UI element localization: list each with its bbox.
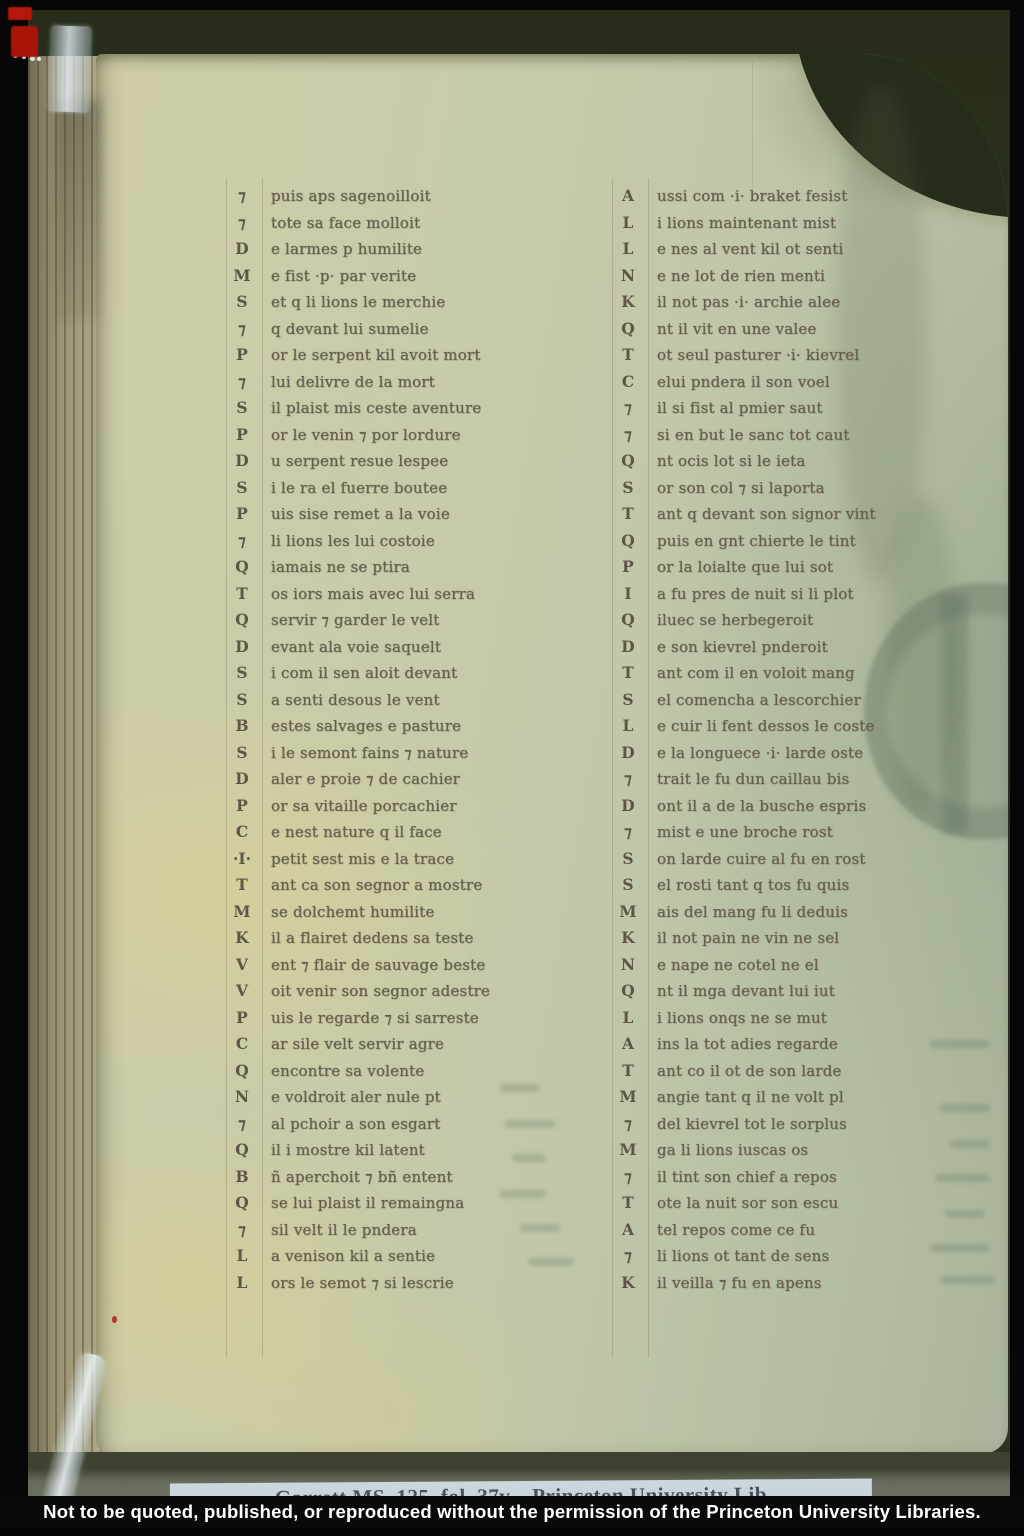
verse-text: oit venir son segnor adestre <box>271 982 490 1000</box>
verse-line: ⁊del kievrel tot le sorplus <box>614 1114 876 1141</box>
verse-initial: S <box>228 690 256 709</box>
verse-line: Set q li lions le merchie <box>228 292 490 319</box>
verse-text: or son col ⁊ si laporta <box>657 479 825 497</box>
verse-text: ent ⁊ flair de sauvage beste <box>271 956 485 974</box>
verse-line: Ne nape ne cotel ne el <box>614 955 876 982</box>
verse-initial: ⁊ <box>614 398 642 417</box>
verse-line: Qnt il vit en une valee <box>614 319 876 346</box>
verse-line: Sel comencha a lescorchier <box>614 690 876 717</box>
verse-text: q devant lui sumelie <box>271 320 429 338</box>
verse-initial: I <box>614 584 642 603</box>
verse-text: li lions les lui costoie <box>271 532 435 550</box>
verse-line: Li lions onqs ne se mut <box>614 1008 876 1035</box>
verse-line: De son kievrel pnderoit <box>614 637 876 664</box>
red-speck <box>112 1316 117 1323</box>
ghost-text-mark <box>945 1210 985 1218</box>
verse-line: Si le semont fains ⁊ nature <box>228 743 490 770</box>
verse-line: ⁊trait le fu dun caillau bis <box>614 769 876 796</box>
verse-text: ant ca son segnor a mostre <box>271 876 482 894</box>
verse-text: il plaist mis ceste aventure <box>271 399 481 417</box>
verse-line: Tant ca son segnor a mostre <box>228 875 490 902</box>
verse-text: iluec se herbegeroit <box>657 611 813 629</box>
verse-line: Qservir ⁊ garder le velt <box>228 610 490 637</box>
verse-text: nt ocis lot si le ieta <box>657 452 806 470</box>
verse-line: Puis sise remet a la voie <box>228 504 490 531</box>
verse-line: Kil not pain ne vin ne sel <box>614 928 876 955</box>
verse-text: ote la nuit sor son escu <box>657 1194 838 1212</box>
verse-text: e la longuece ·i· larde oste <box>657 744 863 762</box>
verse-text: il tint son chief a repos <box>657 1168 837 1186</box>
circular-stain <box>864 582 1008 840</box>
verse-initial: M <box>614 1140 642 1159</box>
verse-initial: Q <box>614 451 642 470</box>
ghost-text-mark <box>512 1154 546 1162</box>
ghost-text-mark <box>500 1190 546 1198</box>
verse-initial: T <box>614 1193 642 1212</box>
verse-line: Car sile velt servir agre <box>228 1034 490 1061</box>
verse-text: e larmes p humilite <box>271 240 422 258</box>
verse-initial: T <box>614 504 642 523</box>
verse-initial: S <box>228 292 256 311</box>
verse-initial: ⁊ <box>228 372 256 391</box>
ghost-text-mark <box>528 1258 574 1266</box>
verse-text: sil velt il le pndera <box>271 1221 417 1239</box>
verse-initial: Q <box>228 557 256 576</box>
verse-line: ⁊li lions ot tant de sens <box>614 1246 876 1273</box>
verse-initial: K <box>614 1273 642 1292</box>
verse-text: el comencha a lescorchier <box>657 691 861 709</box>
verse-line: ⁊q devant lui sumelie <box>228 319 490 346</box>
verse-initial: ⁊ <box>614 769 642 788</box>
verse-initial: S <box>614 875 642 894</box>
verse-initial: T <box>228 875 256 894</box>
stain-band <box>942 594 968 834</box>
verse-initial: M <box>614 1087 642 1106</box>
verse-initial: M <box>228 266 256 285</box>
verse-line: Daler e proie ⁊ de cachier <box>228 769 490 796</box>
verse-initial: T <box>614 1061 642 1080</box>
crease-line <box>752 60 753 190</box>
verse-line: Sil plaist mis ceste aventure <box>228 398 490 425</box>
verse-text: il i mostre kil latent <box>271 1141 425 1159</box>
verse-line: Qencontre sa volente <box>228 1061 490 1088</box>
verse-text: puis en gnt chierte le tint <box>657 532 856 550</box>
verse-initial: P <box>614 557 642 576</box>
verse-initial: Q <box>614 981 642 1000</box>
verse-line: Por le serpent kil avoit mort <box>228 345 490 372</box>
text-column-left: ⁊puis aps sagenoilloit⁊tote sa face moll… <box>228 186 490 1299</box>
verse-initial: Q <box>228 1061 256 1080</box>
verse-text: e nest nature q il face <box>271 823 442 841</box>
red-film-mark <box>11 26 38 57</box>
verse-line: Le nes al vent kil ot senti <box>614 239 876 266</box>
verse-initial: S <box>228 478 256 497</box>
verse-text: il si fist al pmier saut <box>657 399 823 417</box>
verse-line: ⁊puis aps sagenoilloit <box>228 186 490 213</box>
verse-initial: D <box>228 239 256 258</box>
ghost-text-mark <box>940 1104 990 1112</box>
verse-text: ga li lions iuscas os <box>657 1141 808 1159</box>
verse-text: ot seul pasturer ·i· kievrel <box>657 346 859 364</box>
verse-text: e ne lot de rien menti <box>657 267 825 285</box>
verse-text: estes salvages e pasture <box>271 717 461 735</box>
verse-initial: S <box>228 398 256 417</box>
verse-text: trait le fu dun caillau bis <box>657 770 849 788</box>
verse-text: i lions onqs ne se mut <box>657 1009 827 1027</box>
verse-initial: T <box>228 584 256 603</box>
verse-line: Mse dolchemt humilite <box>228 902 490 929</box>
verse-text: et q li lions le merchie <box>271 293 445 311</box>
verse-line: Kil not pas ·i· archie alee <box>614 292 876 319</box>
verse-line: ⁊il tint son chief a repos <box>614 1167 876 1194</box>
verse-text: il not pas ·i· archie alee <box>657 293 840 311</box>
verse-initial: D <box>614 796 642 815</box>
verse-initial: S <box>614 478 642 497</box>
verse-initial: K <box>614 928 642 947</box>
verse-initial: B <box>228 1167 256 1186</box>
ghost-text-mark <box>930 1040 990 1048</box>
verse-text: os iors mais avec lui serra <box>271 585 475 603</box>
verse-initial: L <box>614 239 642 258</box>
verse-initial: P <box>228 1008 256 1027</box>
verse-line: Qnt il mga devant lui iut <box>614 981 876 1008</box>
verse-line: Kil a flairet dedens sa teste <box>228 928 490 955</box>
page-holder-clip-top <box>49 25 92 112</box>
verse-text: ins la tot adies regarde <box>657 1035 838 1053</box>
verse-text: e son kievrel pnderoit <box>657 638 828 656</box>
verse-line: Tos iors mais avec lui serra <box>228 584 490 611</box>
verse-line: Bestes salvages e pasture <box>228 716 490 743</box>
verse-text: ñ aperchoit ⁊ bñ entent <box>271 1168 453 1186</box>
verse-line: Dont il a de la busche espris <box>614 796 876 823</box>
verse-line: Tant co il ot de son larde <box>614 1061 876 1088</box>
verse-line: ·I·petit sest mis e la trace <box>228 849 490 876</box>
verse-initial: ⁊ <box>228 213 256 232</box>
verse-text: ont il a de la busche espris <box>657 797 866 815</box>
verse-text: or le venin ⁊ por lordure <box>271 426 461 444</box>
verse-text: ar sile velt servir agre <box>271 1035 444 1053</box>
verse-text: il a flairet dedens sa teste <box>271 929 474 947</box>
ruling-line <box>612 178 613 1358</box>
ghost-text-mark <box>930 1244 990 1252</box>
verse-initial: Q <box>614 531 642 550</box>
verse-text: aler e proie ⁊ de cachier <box>271 770 460 788</box>
verse-initial: D <box>228 637 256 656</box>
verse-initial: P <box>228 796 256 815</box>
verse-line: Mais del mang fu li deduis <box>614 902 876 929</box>
ghost-text-mark <box>500 1084 540 1092</box>
verse-initial: S <box>614 849 642 868</box>
verse-text: e cuir li fent dessos le coste <box>657 717 875 735</box>
verse-text: al pchoir a son esgart <box>271 1115 441 1133</box>
verse-line: Sa senti desous le vent <box>228 690 490 717</box>
verse-text: ant co il ot de son larde <box>657 1062 842 1080</box>
verse-initial: Q <box>228 1140 256 1159</box>
clip-shadow <box>54 100 100 320</box>
frame-border-bottom <box>0 1528 1024 1536</box>
ruling-line <box>226 178 227 1358</box>
verse-line: Sor son col ⁊ si laporta <box>614 478 876 505</box>
verse-line: Ains la tot adies regarde <box>614 1034 876 1061</box>
verse-initial: ⁊ <box>228 1220 256 1239</box>
verse-text: e fist ·p· par verite <box>271 267 416 285</box>
verse-initial: K <box>614 292 642 311</box>
verse-line: Li lions maintenant mist <box>614 213 876 240</box>
verse-line: Mga li lions iuscas os <box>614 1140 876 1167</box>
verse-line: Por le venin ⁊ por lordure <box>228 425 490 452</box>
copyright-caption-bar: Not to be quoted, published, or reproduc… <box>0 1496 1024 1528</box>
verse-initial: T <box>614 345 642 364</box>
verse-line: De larmes p humilite <box>228 239 490 266</box>
verse-initial: B <box>228 716 256 735</box>
verse-text: or le serpent kil avoit mort <box>271 346 481 364</box>
verse-initial: P <box>228 504 256 523</box>
verse-text: a senti desous le vent <box>271 691 440 709</box>
verse-line: Kil veilla ⁊ fu en apens <box>614 1273 876 1300</box>
verse-line: Mangie tant q il ne volt pl <box>614 1087 876 1114</box>
verse-text: li lions ot tant de sens <box>657 1247 829 1265</box>
verse-text: il not pain ne vin ne sel <box>657 929 839 947</box>
verse-line: Ce nest nature q il face <box>228 822 490 849</box>
verse-initial: M <box>228 902 256 921</box>
verse-text: i le ra el fuerre boutee <box>271 479 447 497</box>
verse-initial: N <box>228 1087 256 1106</box>
verse-initial: ⁊ <box>614 1246 642 1265</box>
verse-initial: S <box>614 690 642 709</box>
verse-line: Aussi com ·i· braket fesist <box>614 186 876 213</box>
verse-text: nt il mga devant lui iut <box>657 982 835 1000</box>
copyright-caption-text: Not to be quoted, published, or reproduc… <box>43 1501 981 1523</box>
verse-initial: C <box>228 1034 256 1053</box>
verse-initial: ⁊ <box>228 319 256 338</box>
ghost-text-mark <box>520 1224 560 1232</box>
verse-initial: L <box>228 1273 256 1292</box>
verse-line: Du serpent resue lespee <box>228 451 490 478</box>
verse-line: ⁊il si fist al pmier saut <box>614 398 876 425</box>
verse-line: ⁊tote sa face molloit <box>228 213 490 240</box>
verse-initial: ⁊ <box>614 1167 642 1186</box>
verse-initial: L <box>228 1246 256 1265</box>
verse-initial: D <box>614 637 642 656</box>
verse-line: ⁊lui delivre de la mort <box>228 372 490 399</box>
red-film-mark <box>8 7 32 20</box>
verse-initial: ⁊ <box>228 186 256 205</box>
verse-initial: ⁊ <box>614 822 642 841</box>
verse-line: Atel repos come ce fu <box>614 1220 876 1247</box>
verse-text: on larde cuire al fu en rost <box>657 850 866 868</box>
verse-text: puis aps sagenoilloit <box>271 187 431 205</box>
verse-line: Celui pndera il son voel <box>614 372 876 399</box>
verse-text: ussi com ·i· braket fesist <box>657 187 847 205</box>
text-column-right: Aussi com ·i· braket fesistLi lions main… <box>614 186 876 1299</box>
verse-text: i lions maintenant mist <box>657 214 836 232</box>
verse-line: Vent ⁊ flair de sauvage beste <box>228 955 490 982</box>
verse-text: uis sise remet a la voie <box>271 505 450 523</box>
verse-line: ⁊sil velt il le pndera <box>228 1220 490 1247</box>
ghost-text-mark <box>505 1120 555 1128</box>
verse-text: se dolchemt humilite <box>271 903 435 921</box>
verse-line: Son larde cuire al fu en rost <box>614 849 876 876</box>
verse-line: Voit venir son segnor adestre <box>228 981 490 1008</box>
verse-line: ⁊si en but le sanc tot caut <box>614 425 876 452</box>
manuscript-photograph: ⁊puis aps sagenoilloit⁊tote sa face moll… <box>0 0 1024 1536</box>
verse-line: Tote la nuit sor son escu <box>614 1193 876 1220</box>
verse-initial: V <box>228 981 256 1000</box>
verse-line: Qil i mostre kil latent <box>228 1140 490 1167</box>
ghost-text-mark <box>935 1174 990 1182</box>
verse-initial: C <box>614 372 642 391</box>
verse-text: e nes al vent kil ot senti <box>657 240 844 258</box>
verse-text: evant ala voie saquelt <box>271 638 441 656</box>
verse-initial: S <box>228 663 256 682</box>
verse-line: La venison kil a sentie <box>228 1246 490 1273</box>
verse-initial: ⁊ <box>614 425 642 444</box>
verse-initial: L <box>614 1008 642 1027</box>
verse-line: Qpuis en gnt chierte le tint <box>614 531 876 558</box>
verse-line: Ne voldroit aler nule pt <box>228 1087 490 1114</box>
verse-line: Puis le regarde ⁊ si sarreste <box>228 1008 490 1035</box>
verse-initial: S <box>228 743 256 762</box>
verse-text: or sa vitaille porcachier <box>271 797 457 815</box>
verse-text: e voldroit aler nule pt <box>271 1088 441 1106</box>
verse-line: Devant ala voie saquelt <box>228 637 490 664</box>
verse-initial: D <box>228 769 256 788</box>
verse-text: del kievrel tot le sorplus <box>657 1115 847 1133</box>
verse-text: or la loialte que lui sot <box>657 558 833 576</box>
verse-text: uis le regarde ⁊ si sarreste <box>271 1009 479 1027</box>
verse-line: Sel rosti tant q tos fu quis <box>614 875 876 902</box>
verse-line: Ia fu pres de nuit si li plot <box>614 584 876 611</box>
verse-line: Le cuir li fent dessos le coste <box>614 716 876 743</box>
verse-initial: P <box>228 425 256 444</box>
verse-line: Tant q devant son signor vint <box>614 504 876 531</box>
verse-text: a fu pres de nuit si li plot <box>657 585 854 603</box>
verse-initial: A <box>614 1220 642 1239</box>
verse-text: u serpent resue lespee <box>271 452 448 470</box>
verse-line: Si com il sen aloit devant <box>228 663 490 690</box>
verse-text: nt il vit en une valee <box>657 320 817 338</box>
verse-initial: T <box>614 663 642 682</box>
verse-text: tote sa face molloit <box>271 214 420 232</box>
verse-text: ant com il en voloit mang <box>657 664 855 682</box>
verse-text: a venison kil a sentie <box>271 1247 435 1265</box>
verse-text: lui delivre de la mort <box>271 373 435 391</box>
verse-line: Por la loialte que lui sot <box>614 557 876 584</box>
verse-line: Lors le semot ⁊ si lescrie <box>228 1273 490 1300</box>
verse-initial: A <box>614 186 642 205</box>
verse-text: el rosti tant q tos fu quis <box>657 876 849 894</box>
verse-initial: M <box>614 902 642 921</box>
verse-line: ⁊li lions les lui costoie <box>228 531 490 558</box>
verse-initial: L <box>614 716 642 735</box>
verse-initial: V <box>228 955 256 974</box>
verse-line: ⁊al pchoir a son esgart <box>228 1114 490 1141</box>
verse-initial: L <box>614 213 642 232</box>
verse-text: tel repos come ce fu <box>657 1221 815 1239</box>
ghost-text-mark <box>940 1276 995 1284</box>
verse-text: petit sest mis e la trace <box>271 850 454 868</box>
verse-initial: D <box>614 743 642 762</box>
verse-text: ors le semot ⁊ si lescrie <box>271 1274 454 1292</box>
verse-text: servir ⁊ garder le velt <box>271 611 440 629</box>
verse-initial: D <box>228 451 256 470</box>
verse-text: i le semont fains ⁊ nature <box>271 744 468 762</box>
verse-initial: ·I· <box>228 849 256 868</box>
verse-text: i com il sen aloit devant <box>271 664 457 682</box>
verse-line: Me fist ·p· par verite <box>228 266 490 293</box>
verse-initial: Q <box>614 610 642 629</box>
verse-text: si en but le sanc tot caut <box>657 426 850 444</box>
verse-initial: Q <box>228 1193 256 1212</box>
verse-line: Si le ra el fuerre boutee <box>228 478 490 505</box>
verse-line: Ne ne lot de rien menti <box>614 266 876 293</box>
verse-initial: A <box>614 1034 642 1053</box>
verse-line: Por sa vitaille porcachier <box>228 796 490 823</box>
verse-initial: ⁊ <box>228 1114 256 1133</box>
verse-line: Qnt ocis lot si le ieta <box>614 451 876 478</box>
verse-line: Tant com il en voloit mang <box>614 663 876 690</box>
verse-initial: P <box>228 345 256 364</box>
verse-line: Qiluec se herbegeroit <box>614 610 876 637</box>
verse-text: ant q devant son signor vint <box>657 505 876 523</box>
verse-initial: N <box>614 266 642 285</box>
verse-initial: Q <box>228 610 256 629</box>
verse-line: Bñ aperchoit ⁊ bñ entent <box>228 1167 490 1194</box>
verse-text: il veilla ⁊ fu en apens <box>657 1274 822 1292</box>
verse-initial: K <box>228 928 256 947</box>
verse-initial: C <box>228 822 256 841</box>
verse-text: ais del mang fu li deduis <box>657 903 848 921</box>
verse-initial: ⁊ <box>228 531 256 550</box>
verse-text: elui pndera il son voel <box>657 373 830 391</box>
verse-initial: Q <box>614 319 642 338</box>
verse-initial: N <box>614 955 642 974</box>
verse-text: iamais ne se ptira <box>271 558 410 576</box>
verse-line: Qiamais ne se ptira <box>228 557 490 584</box>
verse-line: Qse lui plaist il remaingna <box>228 1193 490 1220</box>
reflection-speck <box>37 57 41 61</box>
verse-initial: ⁊ <box>614 1114 642 1133</box>
verse-text: se lui plaist il remaingna <box>271 1194 464 1212</box>
verse-line: De la longuece ·i· larde oste <box>614 743 876 770</box>
verse-line: Tot seul pasturer ·i· kievrel <box>614 345 876 372</box>
verse-line: ⁊mist e une broche rost <box>614 822 876 849</box>
verse-text: encontre sa volente <box>271 1062 424 1080</box>
verse-text: e nape ne cotel ne el <box>657 956 819 974</box>
verse-text: mist e une broche rost <box>657 823 833 841</box>
ghost-text-mark <box>950 1140 990 1148</box>
verse-text: angie tant q il ne volt pl <box>657 1088 844 1106</box>
